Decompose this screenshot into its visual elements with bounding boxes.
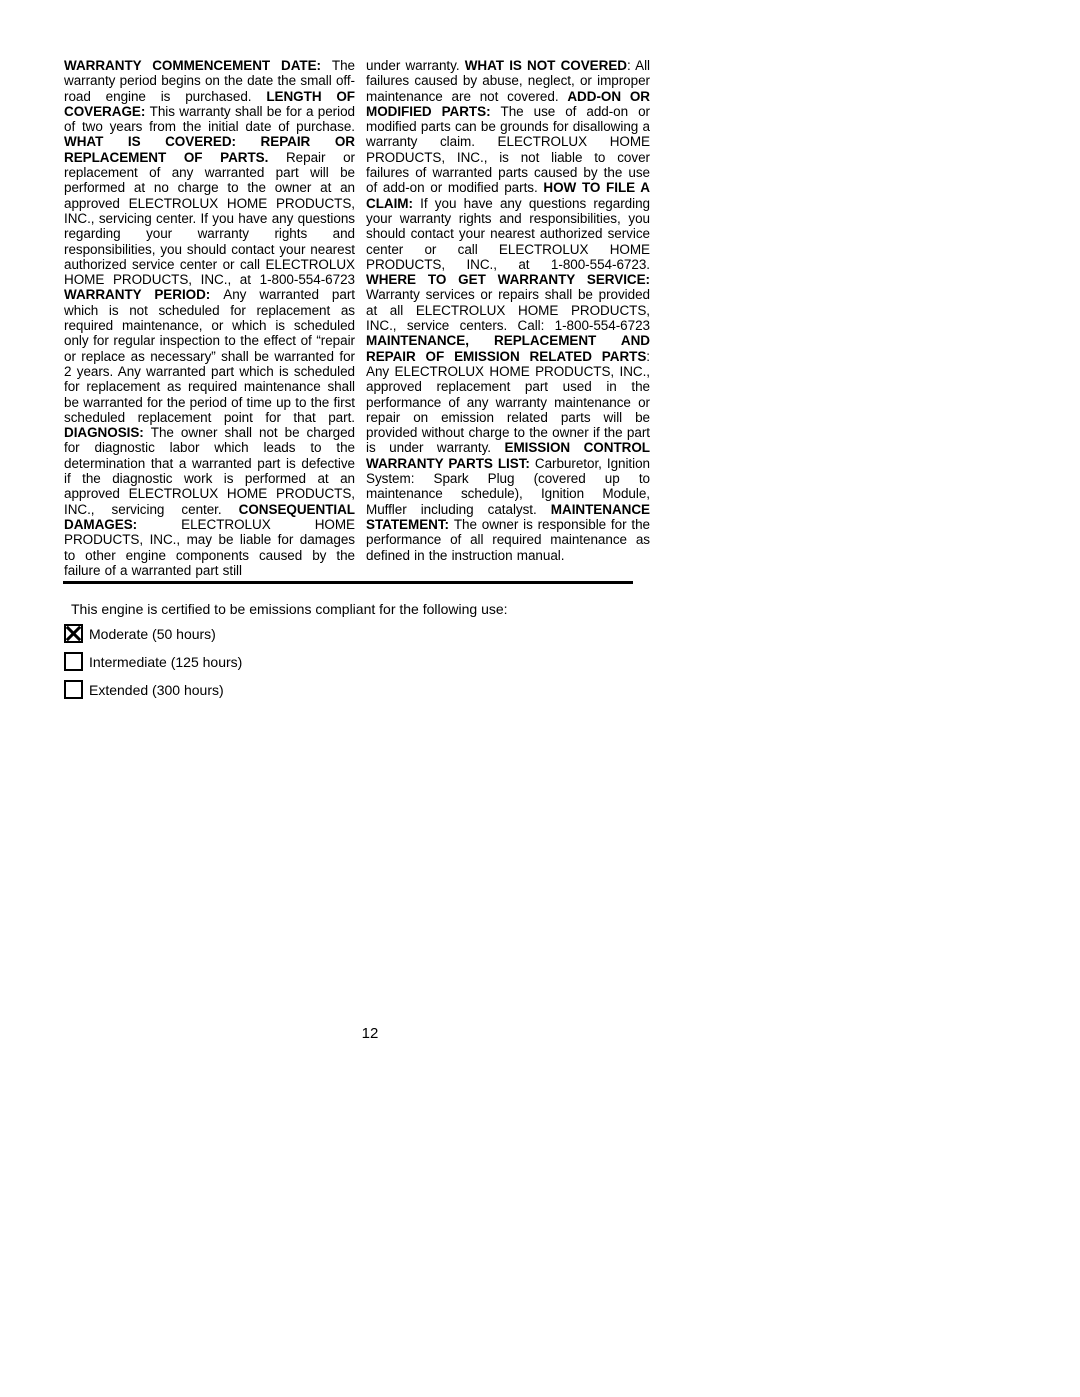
warranty-text-columns: WARRANTY COMMENCEMENT DATE: The warranty… xyxy=(64,58,650,578)
checkbox-label-intermediate: Intermediate (125 hours) xyxy=(89,654,242,670)
manual-warranty-page: WARRANTY COMMENCEMENT DATE: The warranty… xyxy=(0,0,1080,1397)
warranty-text-right-column: under warranty. WHAT IS NOT COVERED: All… xyxy=(366,58,650,578)
emissions-certification-section: This engine is certified to be emissions… xyxy=(64,601,650,699)
page-content: WARRANTY COMMENCEMENT DATE: The warranty… xyxy=(64,58,650,708)
page-number: 12 xyxy=(330,1025,410,1042)
checkbox-unchecked-icon xyxy=(64,680,83,699)
checkbox-label-moderate: Moderate (50 hours) xyxy=(89,626,216,642)
section-divider-line xyxy=(63,581,633,584)
emissions-certification-intro: This engine is certified to be emissions… xyxy=(71,601,650,618)
checkbox-option-moderate: Moderate (50 hours) xyxy=(64,624,650,643)
x-mark-icon xyxy=(66,626,81,641)
emissions-use-options: Moderate (50 hours) Intermediate (125 ho… xyxy=(64,624,650,699)
warranty-text-left-column: WARRANTY COMMENCEMENT DATE: The warranty… xyxy=(64,58,355,578)
checkbox-option-intermediate: Intermediate (125 hours) xyxy=(64,652,650,671)
checkbox-label-extended: Extended (300 hours) xyxy=(89,682,224,698)
checkbox-checked-icon xyxy=(64,624,83,643)
checkbox-option-extended: Extended (300 hours) xyxy=(64,680,650,699)
checkbox-unchecked-icon xyxy=(64,652,83,671)
